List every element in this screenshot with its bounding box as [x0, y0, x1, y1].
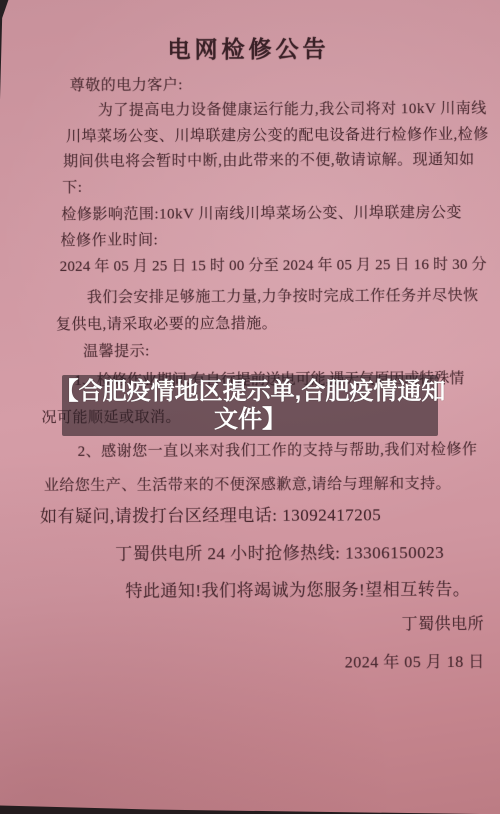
notice-title: 电网检修公告 — [0, 39, 499, 62]
closing-line: 特此通知!我们将竭诚为您服务!望相互转告。 — [125, 580, 470, 602]
outage-scope-line: 检修影响范围:10kV 川南线川埠菜场公变、川埠联建房公变 — [61, 203, 462, 225]
intro-paragraph-line-3: 期间供电将会暂时中断,由此带来的不便,敬请谅解。现通知如 — [63, 150, 475, 172]
tip-2-line-1: 2、感谢您一直以来对我们工作的支持与帮助,我们对检修作 — [78, 440, 478, 462]
manager-phone-line: 如有疑问,请拨打台区经理电话: 13092417205 — [40, 505, 381, 527]
overlay-caption-box: 【合肥疫情地区提示单,合肥疫情通知 文件】 — [62, 375, 438, 436]
overlay-caption-line-2: 文件】 — [214, 406, 286, 434]
outage-time-label: 检修作业时间: — [61, 230, 159, 251]
issue-date: 2024 年 05 月 18 日 — [345, 653, 485, 674]
assurance-line-1: 我们会安排足够施工力量,力争按时完成工作任务并尽快恢 — [87, 286, 479, 308]
repair-hotline-line: 丁蜀供电所 24 小时抢修热线: 13306150023 — [115, 543, 444, 565]
salutation-line: 尊敬的电力客户: — [70, 75, 183, 96]
overlay-caption-line-1: 【合肥疫情地区提示单,合肥疫情通知 — [55, 378, 446, 406]
intro-paragraph-line-2: 川埠菜场公变、川埠联建房公变的配电设备进行检修作业,检修 — [66, 125, 489, 147]
intro-paragraph-line-4: 下: — [62, 178, 82, 198]
intro-paragraph-line-1: 为了提高电力设备健康运行能力,我公司将对 10kV 川南线 — [98, 99, 487, 121]
assurance-line-2: 复供电,请采取必要的应急措施。 — [56, 314, 277, 335]
issuer-signature: 丁蜀供电所 — [402, 615, 485, 635]
tips-label: 温馨提示: — [83, 342, 150, 362]
outage-time-value: 2024 年 05 月 25 日 15 时 00 分至 2024 年 05 月 … — [60, 255, 487, 277]
tip-2-line-2: 业给您生产、生活带来的不便深感歉意,请给与理解和支持。 — [44, 474, 451, 496]
